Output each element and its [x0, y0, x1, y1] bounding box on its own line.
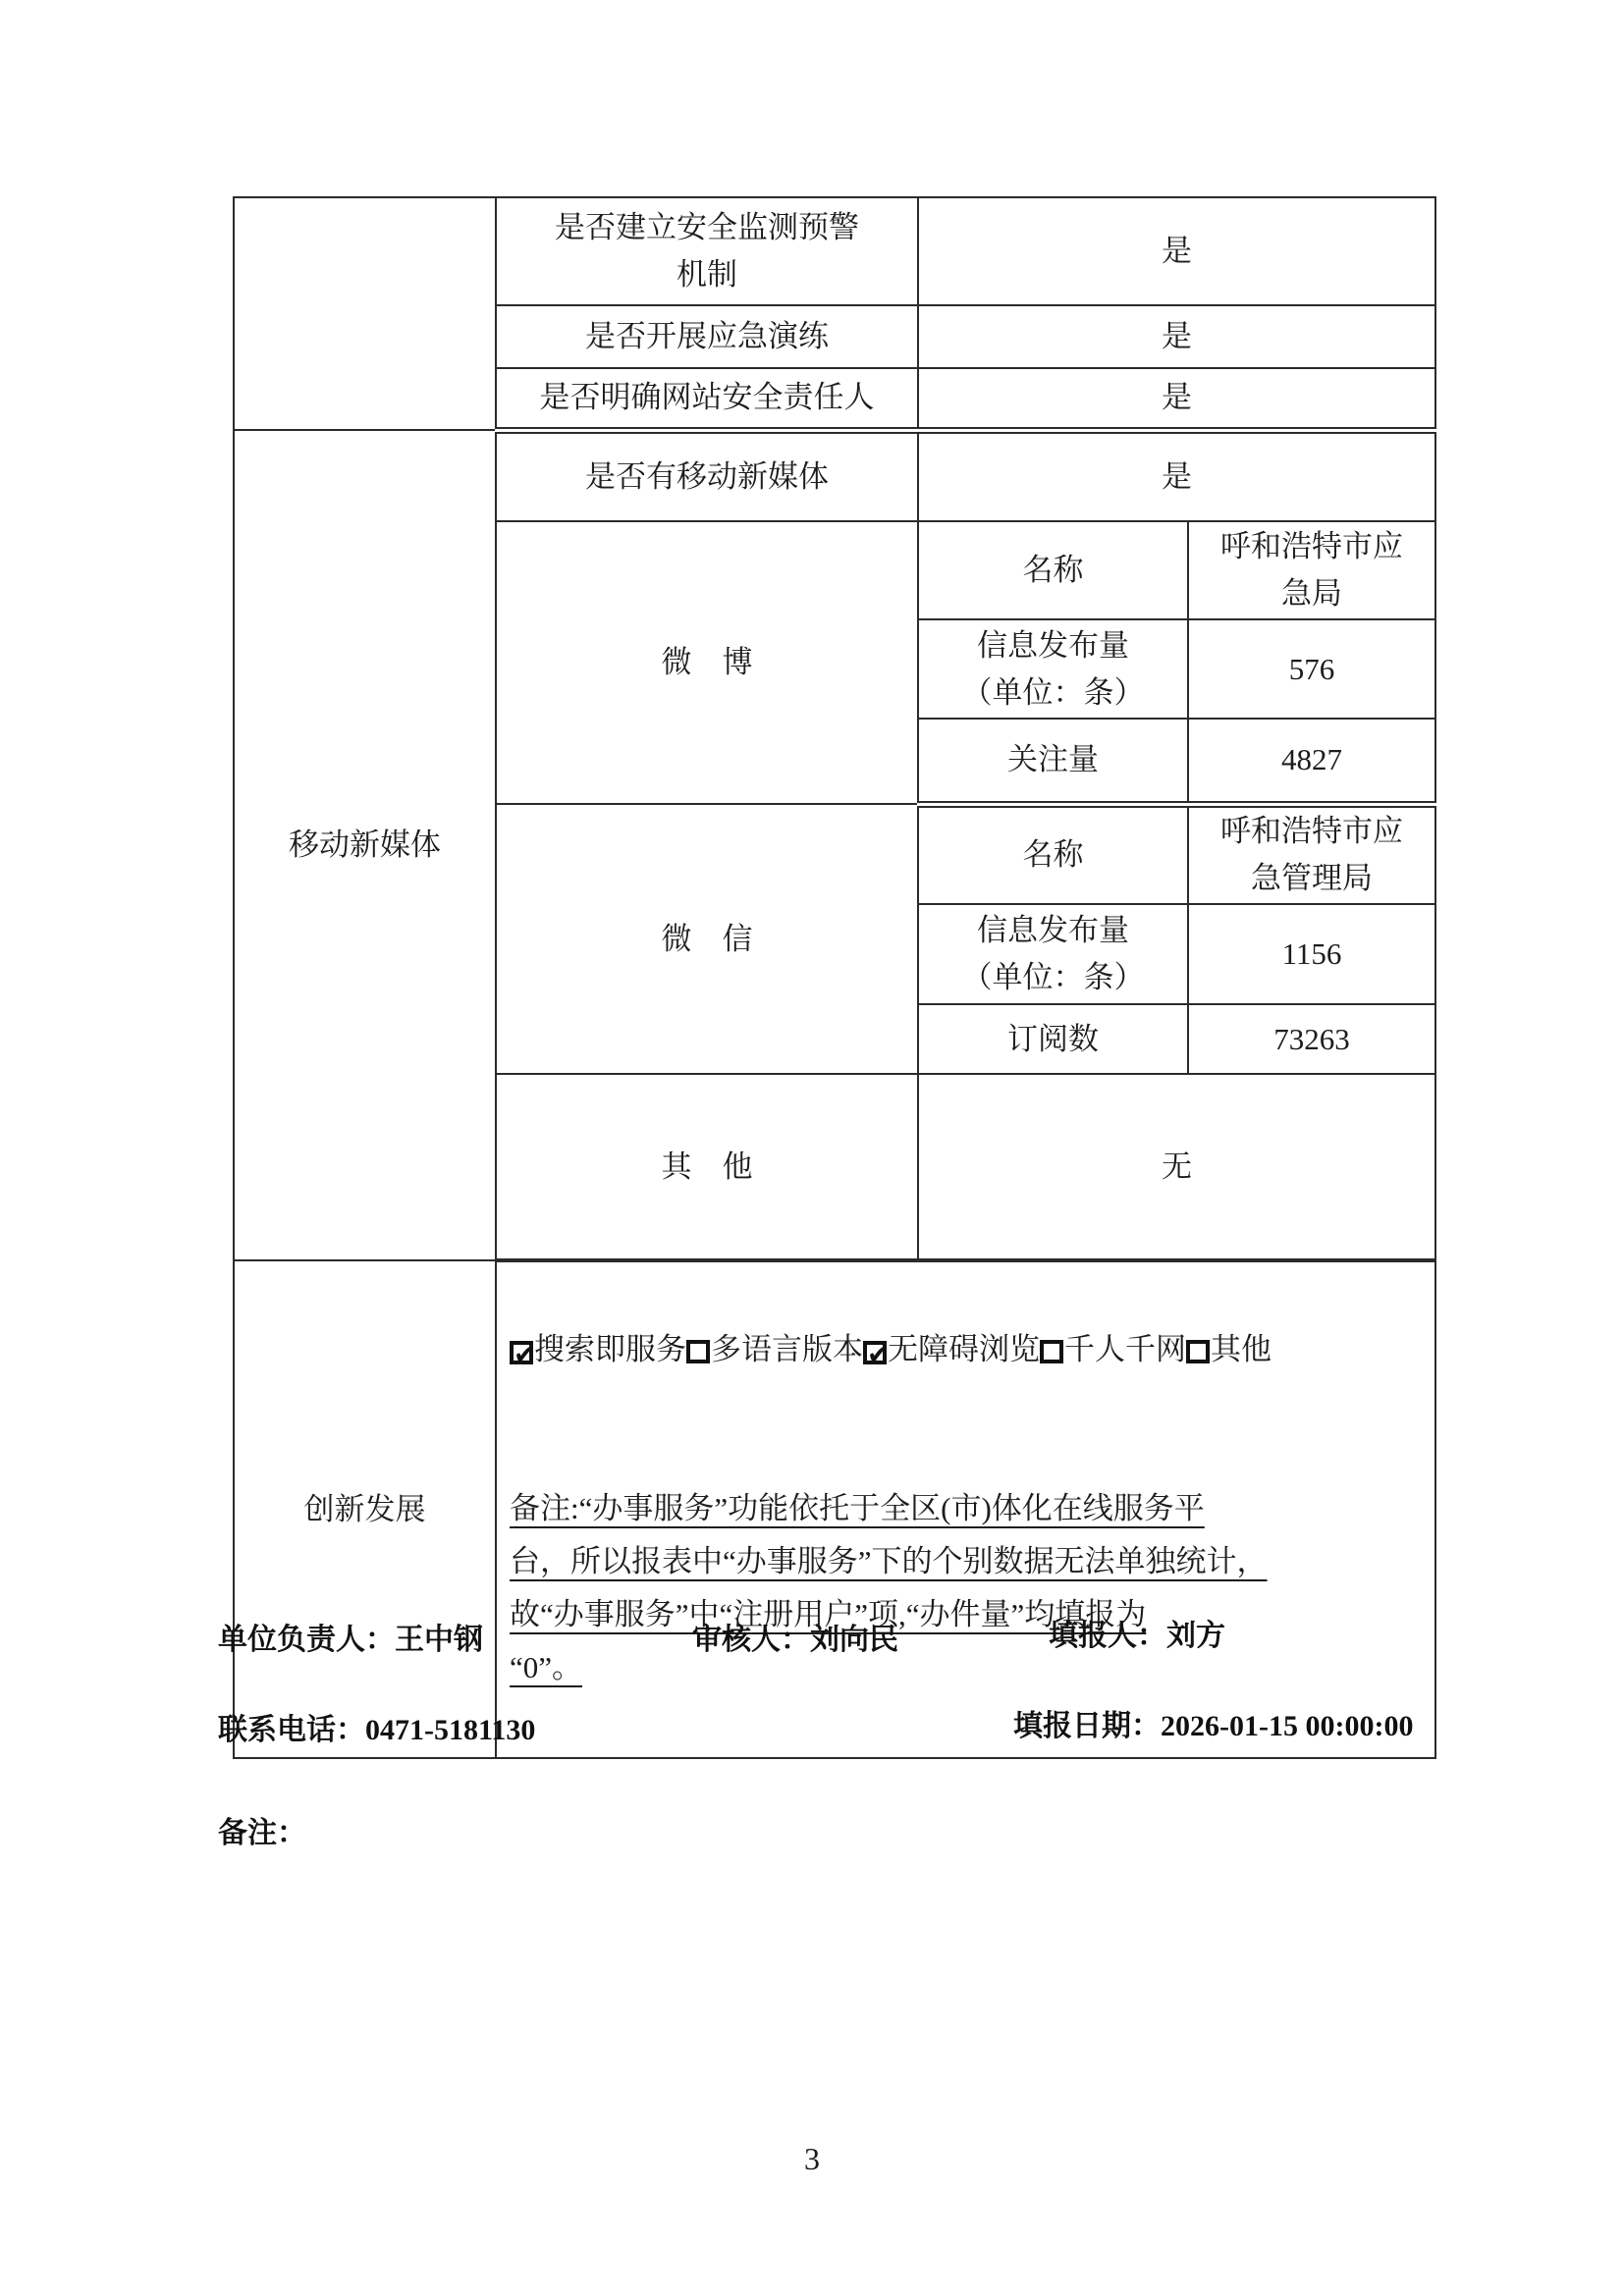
checkbox-personalized[interactable] [1040, 1340, 1063, 1363]
innovation-section-label: 创新发展 [234, 1260, 496, 1758]
checkbox-label-other: 其他 [1211, 1332, 1272, 1366]
report-page: 是否建立安全监测预警 机制 是 是否开展应急演练 是 是否明确网站安全责任人 是… [0, 0, 1624, 2296]
other-media-value: 无 [918, 1074, 1435, 1260]
emergency-drill-value: 是 [918, 305, 1435, 368]
checkbox-search-as-service[interactable]: ✔ [510, 1341, 533, 1364]
emergency-drill-label: 是否开展应急演练 [496, 305, 918, 368]
weibo-followers-label: 关注量 [918, 719, 1188, 804]
other-media-label: 其 他 [496, 1074, 918, 1260]
innovation-options-line: ✔搜索即服务多语言版本✔无障碍浏览千人千网其他 [510, 1323, 1421, 1376]
form-filler: 填报人：刘方 [1049, 1611, 1225, 1654]
wechat-label: 微 信 [496, 804, 918, 1074]
checkbox-label-personalized: 千人千网 [1064, 1332, 1186, 1366]
checkbox-accessibility[interactable]: ✔ [863, 1341, 887, 1364]
wechat-subscribers-label: 订阅数 [918, 1004, 1188, 1074]
weibo-name-label: 名称 [918, 521, 1188, 619]
checkbox-label-search-as-service: 搜索即服务 [534, 1332, 686, 1366]
page-number: 3 [0, 2141, 1624, 2177]
weibo-posts-value: 576 [1188, 619, 1435, 719]
reviewer: 审核人：刘向民 [692, 1615, 898, 1658]
security-monitor-label: 是否建立安全监测预警 机制 [496, 197, 918, 305]
innovation-note: 备注:“办事服务”功能依托于全区(市)体化在线服务平 台，所以报表中“办事服务”… [510, 1482, 1268, 1694]
weibo-posts-label: 信息发布量 （单位：条） [918, 619, 1188, 719]
has-mobile-media-label: 是否有移动新媒体 [496, 430, 918, 521]
checkbox-label-accessibility: 无障碍浏览 [888, 1332, 1040, 1366]
wechat-posts-value: 1156 [1188, 904, 1435, 1004]
checkbox-other[interactable] [1186, 1340, 1210, 1363]
annual-report-table: 是否建立安全监测预警 机制 是 是否开展应急演练 是 是否明确网站安全责任人 是… [233, 196, 1436, 1759]
report-date: 填报日期：2026-01-15 00:00:00 [1013, 1701, 1413, 1744]
unit-responsible-person: 单位负责人：王中钢 [218, 1615, 483, 1658]
innovation-content-cell: ✔搜索即服务多语言版本✔无障碍浏览千人千网其他 备注:“办事服务”功能依托于全区… [496, 1260, 1435, 1758]
security-officer-value: 是 [918, 368, 1435, 430]
contact-phone: 联系电话：0471-5181130 [218, 1705, 535, 1748]
security-officer-label: 是否明确网站安全责任人 [496, 368, 918, 430]
weibo-label: 微 博 [496, 521, 918, 804]
section-blank-cell [234, 197, 496, 430]
remark-label: 备注： [218, 1808, 306, 1851]
checkbox-label-multilingual: 多语言版本 [711, 1332, 863, 1366]
has-mobile-media-value: 是 [918, 430, 1435, 521]
security-monitor-value: 是 [918, 197, 1435, 305]
weibo-name-value: 呼和浩特市应 急局 [1188, 521, 1435, 619]
wechat-subscribers-value: 73263 [1188, 1004, 1435, 1074]
wechat-name-label: 名称 [918, 804, 1188, 904]
wechat-posts-label: 信息发布量 （单位：条） [918, 904, 1188, 1004]
wechat-name-value: 呼和浩特市应 急管理局 [1188, 804, 1435, 904]
mobile-media-section-label: 移动新媒体 [234, 430, 496, 1260]
weibo-followers-value: 4827 [1188, 719, 1435, 804]
checkbox-multilingual[interactable] [686, 1340, 710, 1363]
